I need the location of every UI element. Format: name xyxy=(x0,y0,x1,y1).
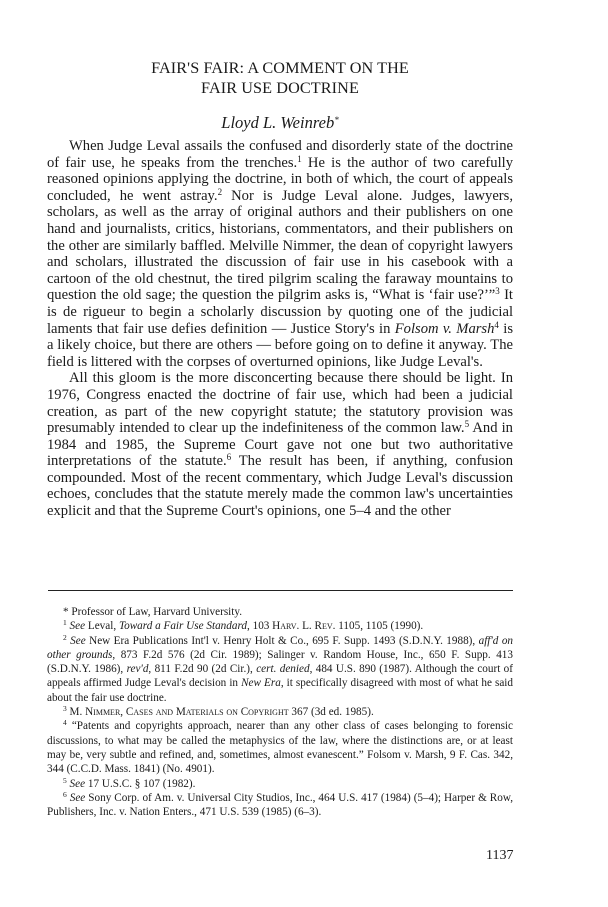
footnote-mark: 3 xyxy=(63,704,67,713)
footnote-text: Sony Corp. of Am. v. Universal City Stud… xyxy=(47,792,513,818)
footnote-6: 6 See Sony Corp. of Am. v. Universal Cit… xyxy=(47,791,513,820)
footnote-text: 1105, 1105 (1990). xyxy=(335,620,423,632)
author-byline: Lloyd L. Weinreb* xyxy=(47,113,513,133)
footnote-mark: 2 xyxy=(63,633,67,642)
footnote-text: , 811 F.2d 90 (2d Cir.), xyxy=(148,663,256,675)
title-line-1: FAIR'S FAIR: A COMMENT ON THE xyxy=(47,58,513,78)
footnote-text: Leval, xyxy=(85,620,119,632)
footnote-mark: 6 xyxy=(63,790,67,799)
footnote-text: , 103 xyxy=(247,620,272,632)
footnote-text: “Patents and copyrights approach, nearer… xyxy=(47,720,513,775)
citation-signal: See xyxy=(70,778,86,790)
footnote-mark: 1 xyxy=(63,618,67,627)
cited-title: Toward a Fair Use Standard xyxy=(119,620,247,632)
article-body: When Judge Leval assails the confused an… xyxy=(47,138,513,520)
subsequent-history: cert. denied xyxy=(256,663,309,675)
footnote-text: 17 U.S.C. § 107 (1982). xyxy=(85,778,195,790)
body-paragraph-1: When Judge Leval assails the confused an… xyxy=(47,138,513,370)
body-paragraph-2: All this gloom is the more disconcerting… xyxy=(47,370,513,519)
citation-signal: See xyxy=(70,635,86,647)
footnotes: * Professor of Law, Harvard University. … xyxy=(47,605,513,819)
author-name: Lloyd L. Weinreb xyxy=(221,113,334,132)
case-name: New Era xyxy=(241,677,281,689)
footnote-separator xyxy=(48,590,513,591)
footnote-text: 367 (3d ed. 1985). xyxy=(289,706,374,718)
subsequent-history: rev'd xyxy=(127,663,149,675)
footnote-2: 2 See New Era Publications Int'l v. Henr… xyxy=(47,634,513,705)
case-name: Folsom v. Marsh xyxy=(395,321,495,337)
author-footnote-mark: * xyxy=(334,115,339,125)
text-span: All this gloom is the more disconcerting… xyxy=(47,370,513,436)
footnote-5: 5 See 17 U.S.C. § 107 (1982). xyxy=(47,777,513,791)
cited-book: M. Nimmer, Cases and Materials on Copyri… xyxy=(70,706,289,718)
footnote-4: 4 “Patents and copyrights approach, near… xyxy=(47,719,513,776)
page-number: 1137 xyxy=(486,848,513,864)
footnote-1: 1 See Leval, Toward a Fair Use Standard,… xyxy=(47,619,513,633)
text-span: Nor is Judge Leval alone. Judges, lawyer… xyxy=(47,188,513,304)
footnote-text: Professor of Law, Harvard University. xyxy=(69,606,242,618)
citation-signal: See xyxy=(70,620,86,632)
citation-signal: See xyxy=(70,792,86,804)
title-line-2: FAIR USE DOCTRINE xyxy=(47,78,513,98)
footnote-text: New Era Publications Int'l v. Henry Holt… xyxy=(86,635,479,647)
footnote-mark: 5 xyxy=(63,776,67,785)
journal-name: Harv. L. Rev. xyxy=(272,620,335,632)
footnote-3: 3 M. Nimmer, Cases and Materials on Copy… xyxy=(47,705,513,719)
footnote-star: * Professor of Law, Harvard University. xyxy=(47,605,513,619)
article-title: FAIR'S FAIR: A COMMENT ON THE FAIR USE D… xyxy=(47,58,513,98)
